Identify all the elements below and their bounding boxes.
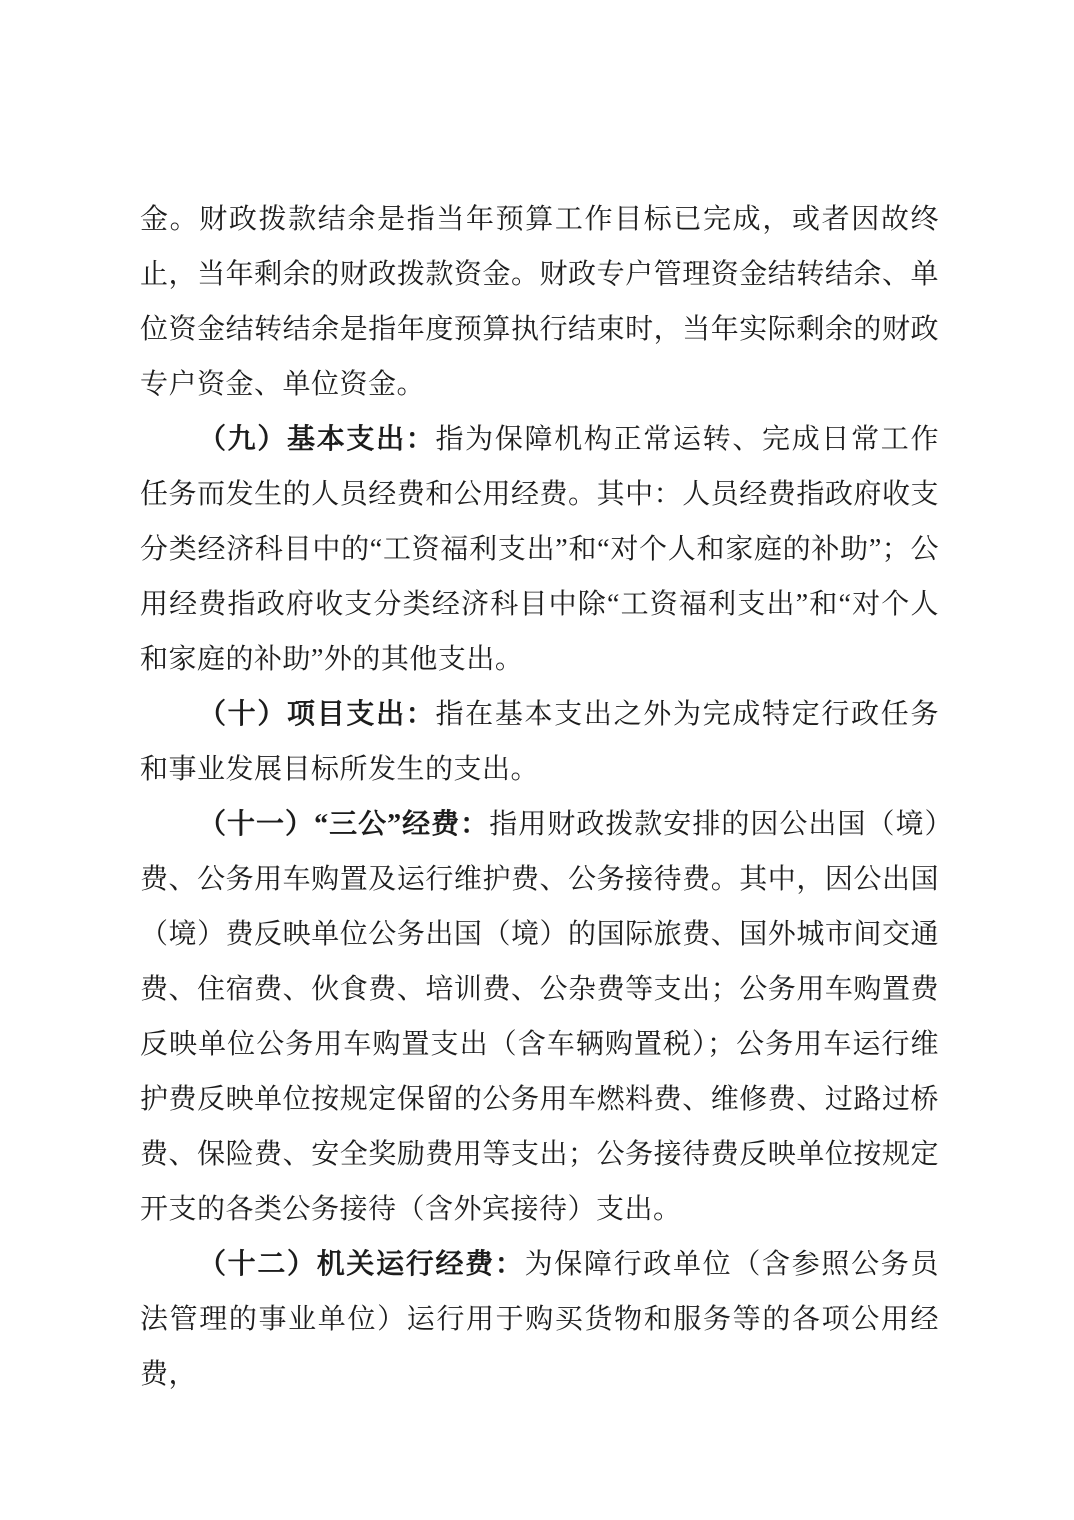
paragraph-lead: （九）基本支出： bbox=[198, 424, 436, 455]
paragraph-lead: （十二）机关运行经费： bbox=[198, 1249, 525, 1280]
paragraph-item-10-project-expenditure: （十）项目支出：指在基本支出之外为完成特定行政任务和事业发展目标所发生的支出。 bbox=[140, 687, 939, 797]
paragraph-text: 金。财政拨款结余是指当年预算工作目标已完成，或者因故终止，当年剩余的财政拨款资金… bbox=[140, 204, 939, 400]
paragraph-continuation: 金。财政拨款结余是指当年预算工作目标已完成，或者因故终止，当年剩余的财政拨款资金… bbox=[140, 192, 939, 412]
paragraph-lead: （十一）“三公”经费： bbox=[198, 809, 489, 840]
paragraph-item-11-three-public-funds: （十一）“三公”经费：指用财政拨款安排的因公出国（境）费、公务用车购置及运行维护… bbox=[140, 797, 939, 1237]
paragraph-text: 指用财政拨款安排的因公出国（境）费、公务用车购置及运行维护费、公务接待费。其中，… bbox=[140, 809, 939, 1225]
document-page: 金。财政拨款结余是指当年预算工作目标已完成，或者因故终止，当年剩余的财政拨款资金… bbox=[0, 0, 1074, 1520]
paragraph-item-9-basic-expenditure: （九）基本支出：指为保障机构正常运转、完成日常工作任务而发生的人员经费和公用经费… bbox=[140, 412, 939, 687]
paragraph-item-12-agency-operating-funds: （十二）机关运行经费：为保障行政单位（含参照公务员法管理的事业单位）运行用于购买… bbox=[140, 1237, 939, 1402]
paragraph-text: 指为保障机构正常运转、完成日常工作任务而发生的人员经费和公用经费。其中：人员经费… bbox=[140, 424, 939, 675]
document-body: 金。财政拨款结余是指当年预算工作目标已完成，或者因故终止，当年剩余的财政拨款资金… bbox=[140, 192, 939, 1402]
paragraph-lead: （十）项目支出： bbox=[198, 699, 436, 730]
